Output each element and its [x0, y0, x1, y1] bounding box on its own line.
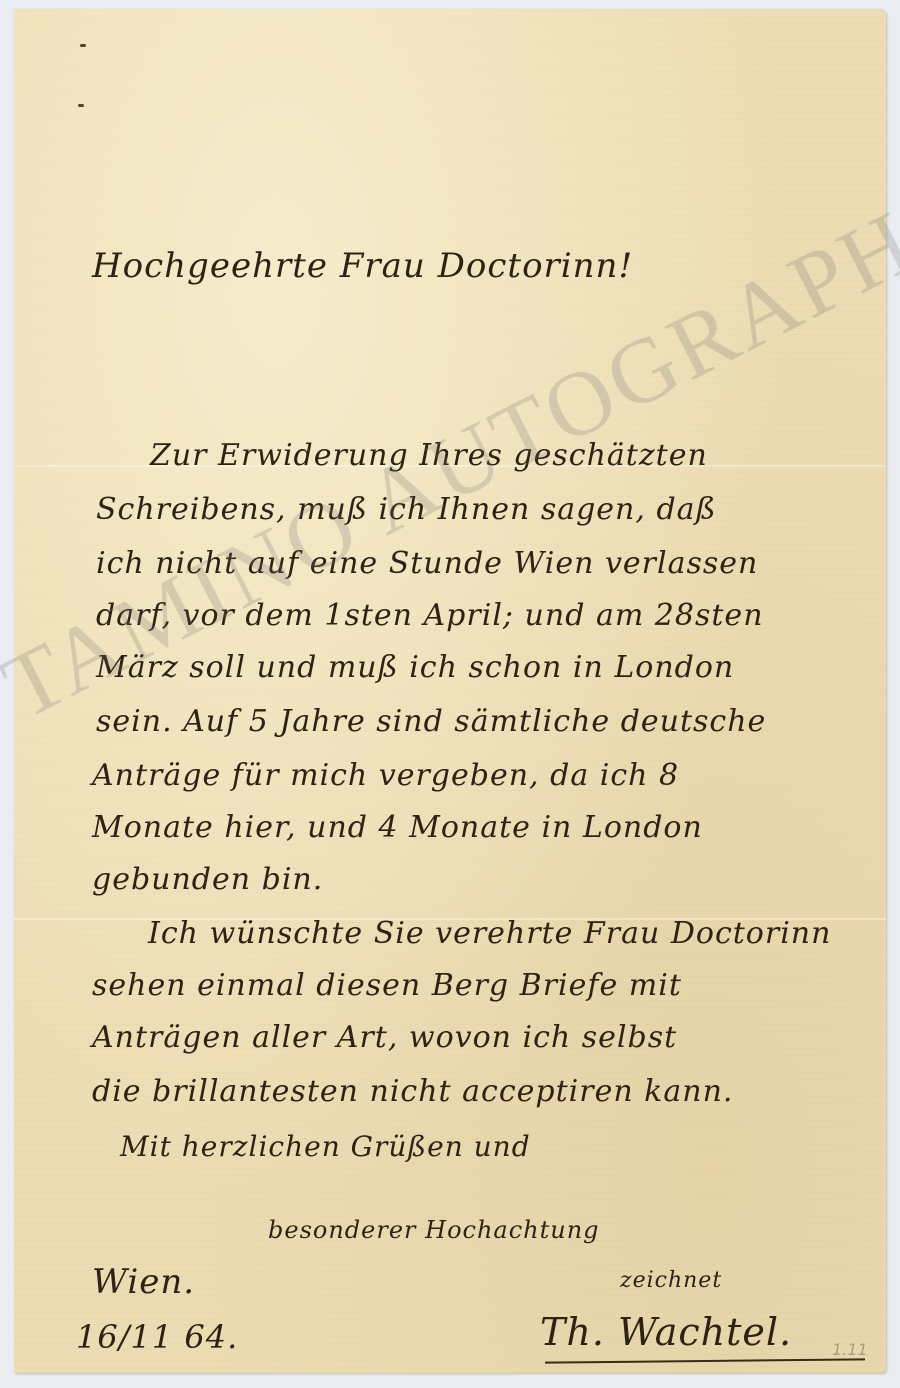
- letter-body-line: sehen einmal diesen Berg Briefe mit: [92, 968, 682, 1003]
- letter-body-line: Zur Erwiderung Ihres geschätzten: [150, 438, 708, 473]
- letter-body-line: Monate hier, und 4 Monate in London: [92, 810, 703, 845]
- letter-place: Wien.: [92, 1262, 195, 1302]
- letter-salutation: Hochgeehrte Frau Doctorinn!: [92, 246, 633, 286]
- letter-body-line: März soll und muß ich schon in London: [96, 650, 734, 685]
- letter-body-line: sein. Auf 5 Jahre sind sämtliche deutsch…: [96, 704, 766, 739]
- pin-hole-mark: [78, 104, 84, 107]
- letter-body-line: darf, vor dem 1sten April; und am 28sten: [96, 598, 764, 633]
- letter-body-line: Schreibens, muß ich Ihnen sagen, daß: [96, 492, 717, 527]
- letter-body-line: Anträge für mich vergeben, da ich 8: [92, 758, 679, 793]
- letter-body-line: ich nicht auf eine Stunde Wien verlassen: [96, 546, 758, 581]
- letter-closing-line: Mit herzlichen Grüßen und: [120, 1130, 531, 1163]
- letter-date: 16/11 64.: [76, 1318, 238, 1356]
- letter-body-line: gebunden bin.: [92, 862, 323, 897]
- letter-sheet: [14, 9, 886, 1373]
- pencil-annotation: 1.11: [832, 1340, 868, 1359]
- letter-body-line: Ich wünschte Sie verehrte Frau Doctorinn: [148, 916, 831, 951]
- letter-body-line: Anträgen aller Art, wovon ich selbst: [92, 1020, 677, 1055]
- letter-closing-phrase: besonderer Hochachtung: [268, 1216, 600, 1244]
- letter-body-line: die brillantesten nicht acceptiren kann.: [92, 1074, 733, 1109]
- signature: Th. Wachtel.: [540, 1310, 792, 1354]
- signature-prefix: zeichnet: [620, 1268, 722, 1293]
- pin-hole-mark: [80, 44, 86, 47]
